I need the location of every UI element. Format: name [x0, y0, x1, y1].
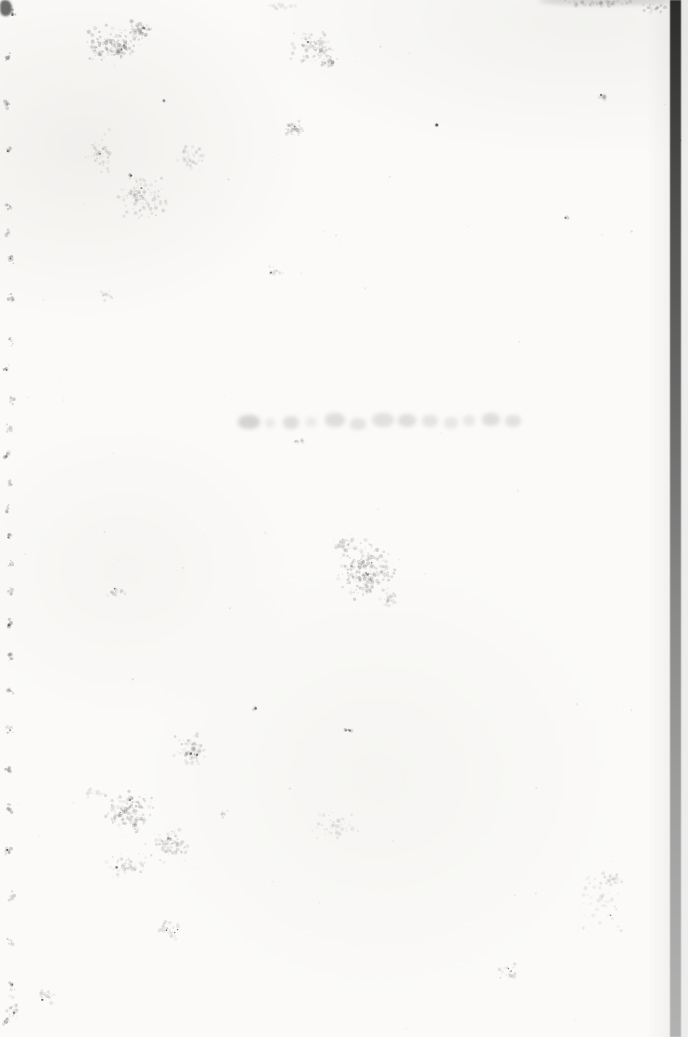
foxing-stain-cluster — [289, 31, 334, 63]
ghost-word-mark — [398, 414, 416, 427]
foxing-stain-cluster — [172, 732, 205, 765]
foxing-stain-cluster — [4, 52, 10, 62]
ghost-word-mark — [463, 415, 475, 426]
foxing-stain-cluster — [498, 962, 517, 978]
foxing-stain-cluster — [100, 290, 113, 302]
foxing-stain-cluster — [6, 423, 13, 433]
foxing-stain-cluster — [106, 587, 127, 597]
foxing-stain-cluster — [321, 54, 339, 68]
foxing-stain-cluster — [8, 337, 13, 347]
ghost-word-mark — [350, 418, 366, 430]
foxing-stain-cluster — [336, 538, 400, 601]
foxing-stain-cluster — [104, 790, 154, 837]
foxing-stain-cluster — [220, 809, 229, 818]
foxing-stain-cluster — [8, 981, 15, 991]
foxing-stain-cluster — [3, 365, 10, 372]
foxing-stain-cluster — [579, 859, 623, 932]
ink-blob-top-left-icon — [0, 0, 12, 16]
foxing-stain-cluster — [7, 587, 14, 596]
ghost-word-mark — [265, 418, 275, 428]
foxing-stain-cluster — [6, 803, 13, 814]
ghost-word-mark — [238, 415, 260, 429]
foxing-stain-cluster — [162, 99, 166, 103]
foxing-stain-cluster — [4, 228, 10, 237]
foxing-stain-cluster — [7, 479, 12, 486]
foxing-stain-cluster — [128, 173, 132, 179]
ghost-word-mark — [372, 413, 394, 427]
foxing-stain-cluster — [116, 177, 167, 219]
dust-scatter — [5, 11, 666, 1030]
foxing-stain-cluster — [564, 215, 569, 220]
foxing-stain-cluster — [7, 533, 12, 539]
ghost-word-mark — [505, 415, 521, 427]
foxing-stain-cluster — [86, 787, 105, 798]
ghost-word-mark — [482, 413, 500, 426]
foxing-stain-cluster — [252, 705, 257, 711]
foxing-stain-cluster — [8, 255, 15, 264]
foxing-stain-cluster — [378, 591, 397, 607]
foxing-stain-cluster — [6, 688, 15, 695]
foxing-stain-cluster — [6, 725, 14, 734]
foxing-stain-cluster — [158, 920, 180, 941]
foxing-stain-cluster — [5, 203, 13, 210]
foxing-stain-cluster — [8, 560, 14, 567]
foxing-stain-cluster — [144, 828, 189, 864]
foxing-stain-cluster — [294, 438, 305, 443]
stain-layer — [0, 0, 688, 1037]
foxing-stain-cluster — [642, 3, 668, 14]
foxing-stain-cluster — [4, 847, 13, 856]
scanned-page — [0, 0, 688, 1037]
ghost-word-mark — [444, 417, 458, 429]
foxing-stain-cluster — [268, 265, 283, 275]
foxing-stain-cluster — [285, 120, 304, 137]
ghost-word-mark — [305, 417, 317, 427]
foxing-stain-cluster — [7, 652, 13, 660]
foxing-stain-cluster — [85, 128, 112, 173]
foxing-stain-cluster — [6, 938, 14, 946]
ghost-word-mark — [283, 416, 299, 429]
foxing-stain-cluster — [5, 995, 18, 1019]
foxing-stain-cluster — [4, 766, 12, 773]
ghost-word-mark — [422, 415, 438, 427]
foxing-stain-cluster — [39, 988, 55, 1005]
foxing-stain-cluster — [105, 853, 147, 878]
foxing-stain-cluster — [333, 534, 357, 556]
foxing-stain-cluster — [435, 123, 440, 127]
foxing-stain-cluster — [5, 504, 10, 514]
foxing-stain-cluster — [176, 145, 205, 171]
foxing-stain-cluster — [3, 100, 10, 111]
foxing-stain-cluster — [6, 618, 13, 629]
foxing-stain-cluster — [6, 146, 12, 153]
page-edge-shadow — [670, 0, 681, 1037]
foxing-stain-cluster — [2, 1017, 10, 1026]
foxing-stain-cluster — [9, 396, 16, 405]
foxing-stain-cluster — [598, 94, 607, 102]
foxing-stain-cluster — [8, 890, 16, 902]
foxing-stain-cluster — [268, 3, 297, 10]
foxing-stain-cluster — [312, 812, 360, 839]
foxing-stain-cluster — [3, 450, 11, 459]
foxing-stain-cluster — [7, 293, 15, 303]
foxing-stain-cluster — [344, 728, 354, 733]
ghost-text-band — [237, 407, 537, 433]
ghost-word-mark — [325, 413, 345, 427]
